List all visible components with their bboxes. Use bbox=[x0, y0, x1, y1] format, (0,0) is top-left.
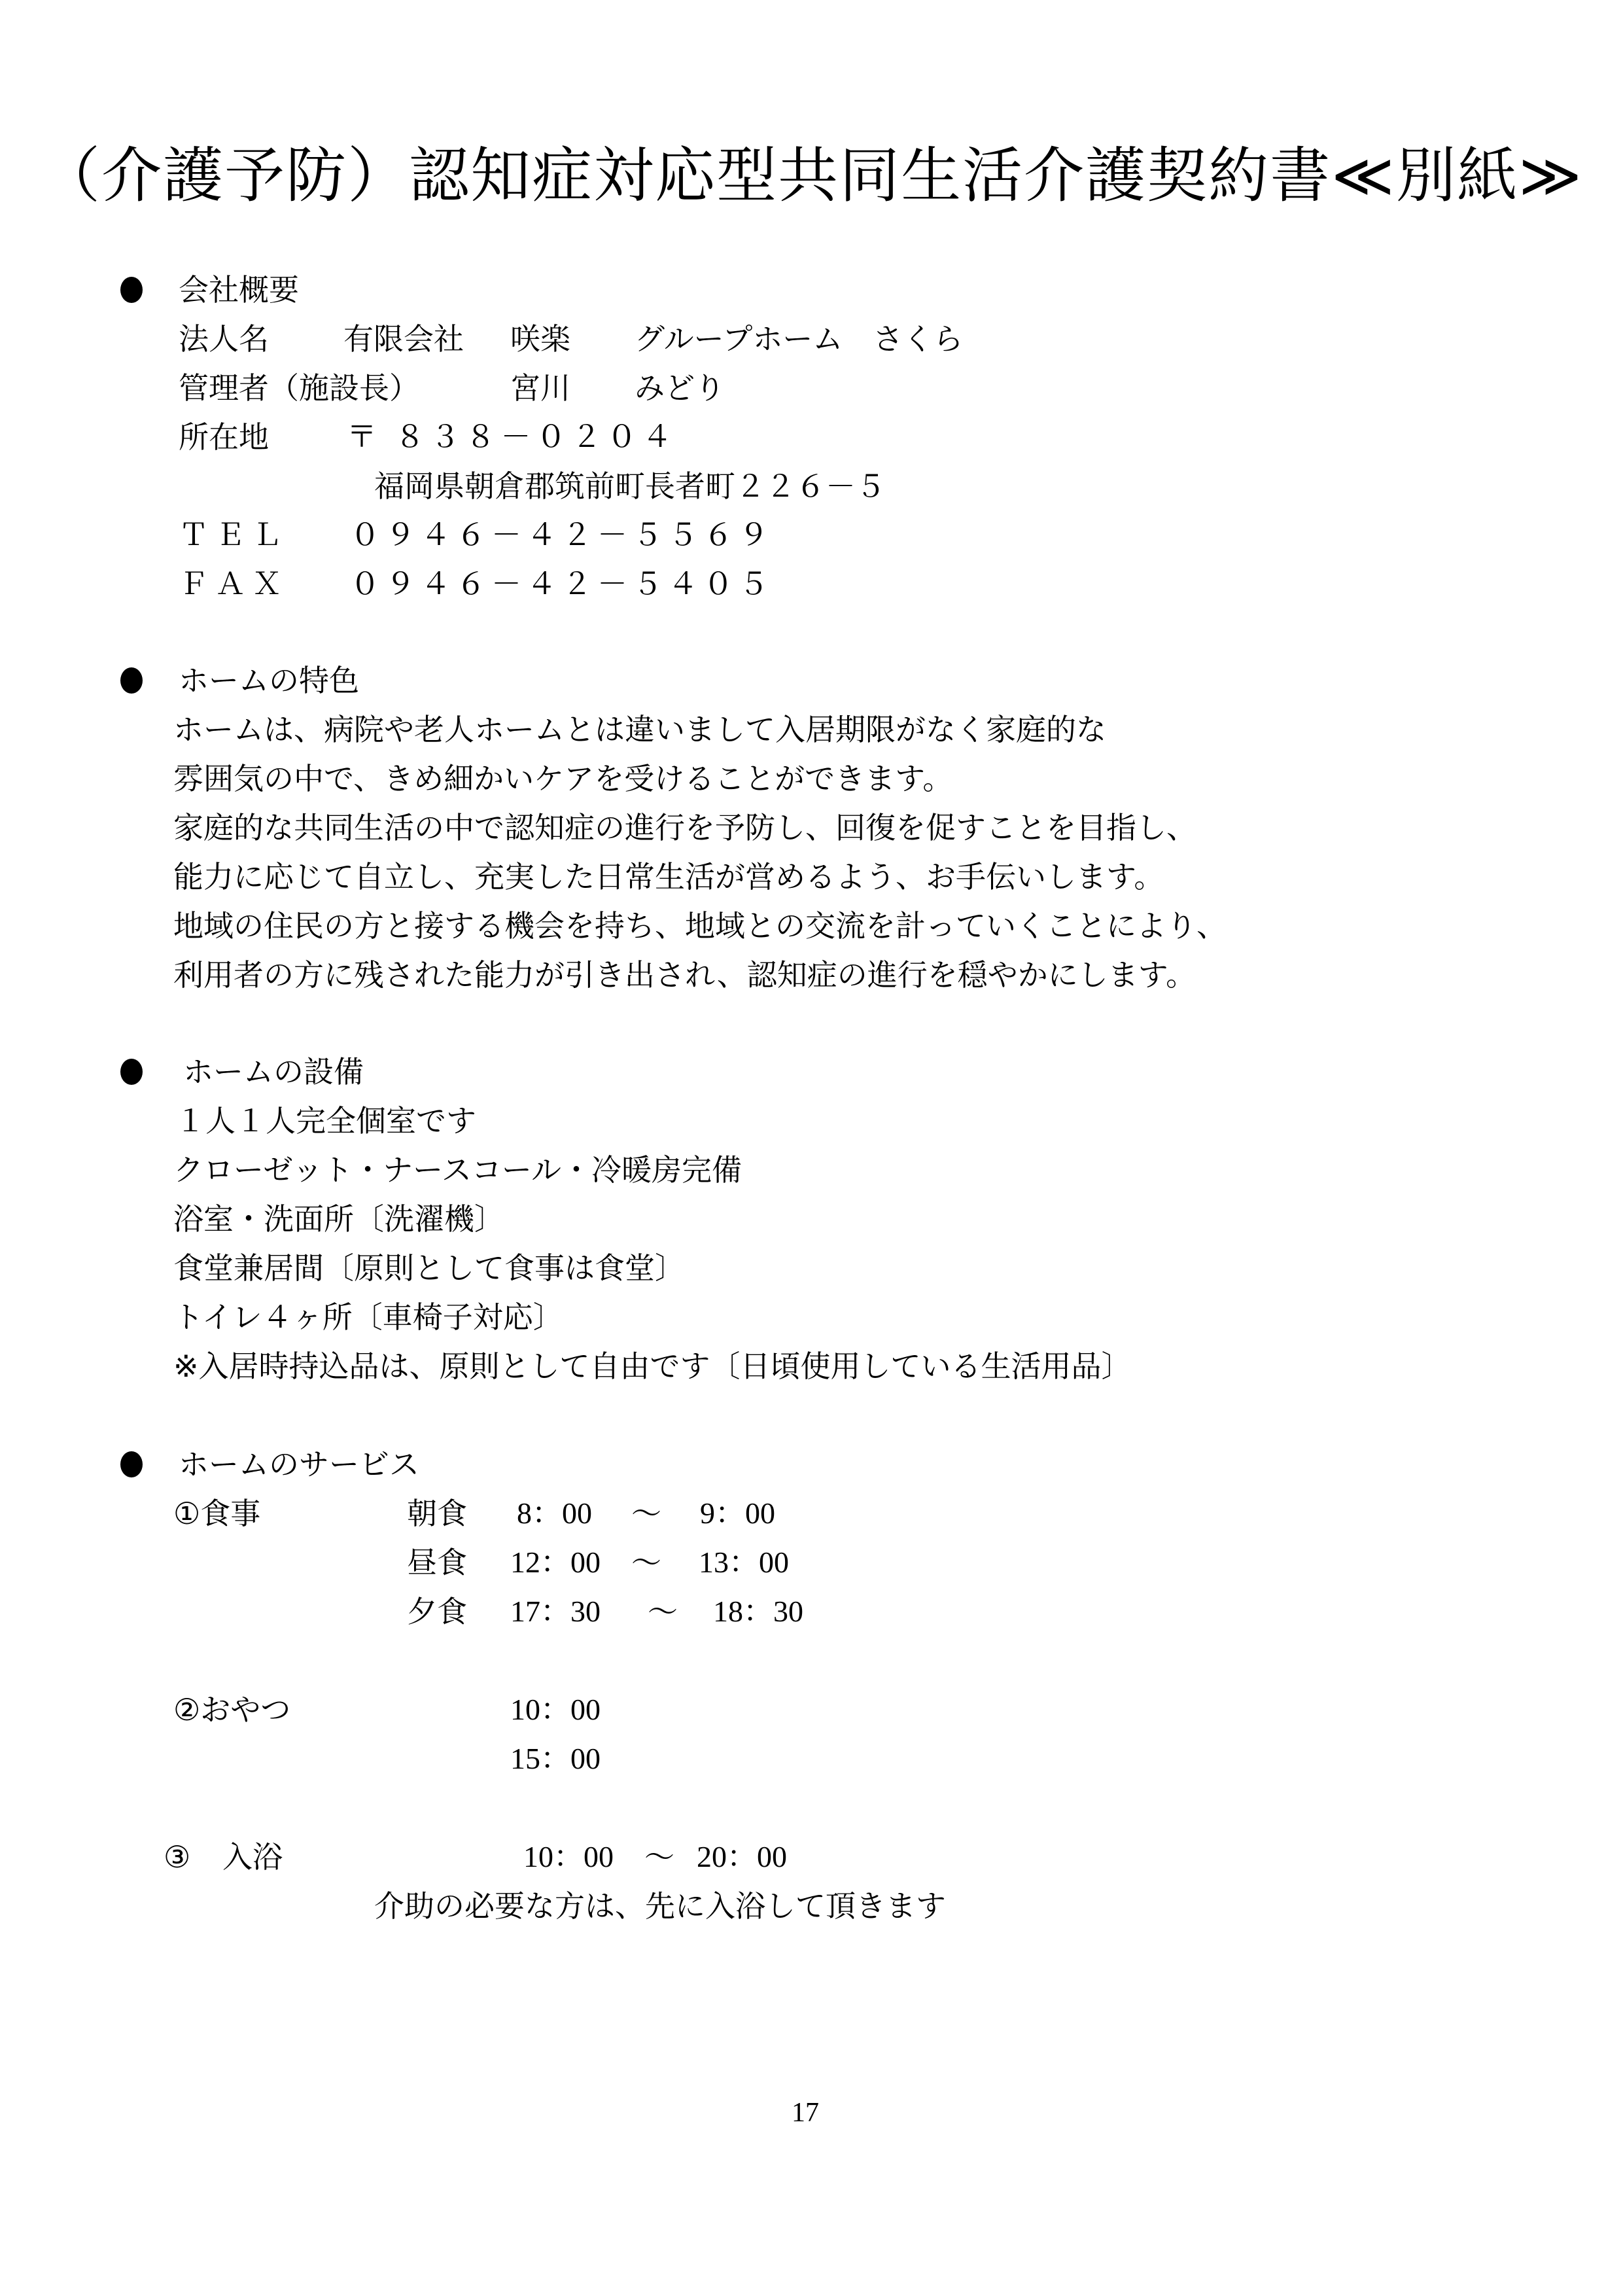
fax-number: ０９４６－４２－５４０５ bbox=[350, 569, 774, 599]
bullet-icon bbox=[120, 667, 143, 694]
snack-label: ②おやつ bbox=[173, 1695, 290, 1725]
manager-given-name: みどり bbox=[635, 373, 725, 403]
manager-label: 管理者（施設長） bbox=[179, 373, 419, 403]
meal-name-breakfast: 朝食 bbox=[407, 1498, 467, 1528]
section-heading-services: ホームのサービス bbox=[179, 1449, 419, 1479]
facilities-line: トイレ４ヶ所〔車椅子対応〕 bbox=[173, 1302, 563, 1332]
bath-end: 20：00 bbox=[697, 1842, 787, 1872]
meal-name-dinner: 夕食 bbox=[407, 1597, 467, 1627]
facilities-line: クローゼット・ナースコール・冷暖房完備 bbox=[173, 1155, 742, 1185]
facilities-line: 浴室・洗面所〔洗濯機〕 bbox=[173, 1204, 504, 1234]
meal-start-breakfast: 8：00 bbox=[517, 1498, 592, 1528]
meal-start-lunch: 12：00 bbox=[510, 1547, 601, 1578]
facilities-line: 食堂兼居間〔原則として食事は食堂〕 bbox=[173, 1253, 685, 1283]
corp-name: 咲楽 bbox=[510, 324, 570, 354]
features-line: 家庭的な共同生活の中で認知症の進行を予防し、回復を促すことを目指し、 bbox=[173, 813, 1196, 843]
tilde: ～ bbox=[648, 1597, 678, 1627]
home-name: グループホーム さくら bbox=[635, 324, 963, 354]
bath-note: 介助の必要な方は、先に入浴して頂きます bbox=[374, 1891, 946, 1921]
postal-code: 〒 ８３８－０２０４ bbox=[347, 422, 678, 452]
facilities-line: １人１人完全個室です bbox=[175, 1106, 476, 1136]
meals-label: ①食事 bbox=[173, 1498, 260, 1528]
tilde: ～ bbox=[631, 1547, 661, 1578]
meal-end-dinner: 18：30 bbox=[713, 1597, 803, 1627]
features-line: 雰囲気の中で、きめ細かいケアを受けることができます。 bbox=[173, 764, 952, 794]
bullet-icon bbox=[120, 1059, 143, 1085]
bath-label-number: ③ bbox=[164, 1842, 190, 1872]
bullet-icon bbox=[120, 1451, 143, 1477]
corp-label: 法人名 bbox=[179, 324, 269, 354]
address: 福岡県朝倉郡筑前町長者町２２６－５ bbox=[374, 471, 886, 501]
manager-surname: 宮川 bbox=[510, 373, 570, 403]
meal-start-dinner: 17：30 bbox=[510, 1597, 601, 1627]
features-line: 利用者の方に残された能力が引き出され、認知症の進行を穏やかにします。 bbox=[173, 960, 1196, 990]
bath-label: 入浴 bbox=[222, 1842, 283, 1872]
bullet-icon bbox=[120, 277, 143, 303]
meal-end-lunch: 13：00 bbox=[699, 1547, 789, 1578]
document-title: （介護予防）認知症対応型共同生活介護契約書≪別紙≫ bbox=[0, 128, 1623, 214]
features-line: 能力に応じて自立し、充実した日常生活が営めるよう、お手伝いします。 bbox=[173, 862, 1164, 892]
tilde: ～ bbox=[631, 1498, 661, 1528]
tilde: ～ bbox=[644, 1842, 674, 1872]
facilities-line: ※入居時持込品は、原則として自由です〔日頃使用している生活用品〕 bbox=[173, 1351, 1132, 1381]
meal-end-breakfast: 9：00 bbox=[700, 1498, 775, 1528]
bath-start: 10：00 bbox=[523, 1842, 614, 1872]
fax-label: ＦＡＸ bbox=[179, 569, 288, 599]
address-label: 所在地 bbox=[179, 422, 269, 452]
page-number: 17 bbox=[792, 2097, 819, 2128]
snack-time-afternoon: 15：00 bbox=[510, 1744, 601, 1774]
snack-time-morning: 10：00 bbox=[510, 1695, 601, 1725]
features-line: ホームは、病院や老人ホームとは違いまして入居期限がなく家庭的な bbox=[173, 715, 1106, 745]
features-line: 地域の住民の方と接する機会を持ち、地域との交流を計っていくことにより、 bbox=[173, 911, 1227, 941]
section-heading-features: ホームの特色 bbox=[179, 665, 359, 696]
section-heading-facilities: ホームの設備 bbox=[183, 1057, 364, 1087]
tel-label: ＴＥＬ bbox=[179, 520, 288, 550]
section-heading-company: 会社概要 bbox=[179, 275, 299, 305]
tel-number: ０９４６－４２－５５６９ bbox=[350, 520, 774, 550]
meal-name-lunch: 昼食 bbox=[407, 1547, 467, 1578]
corp-type: 有限会社 bbox=[343, 324, 464, 354]
